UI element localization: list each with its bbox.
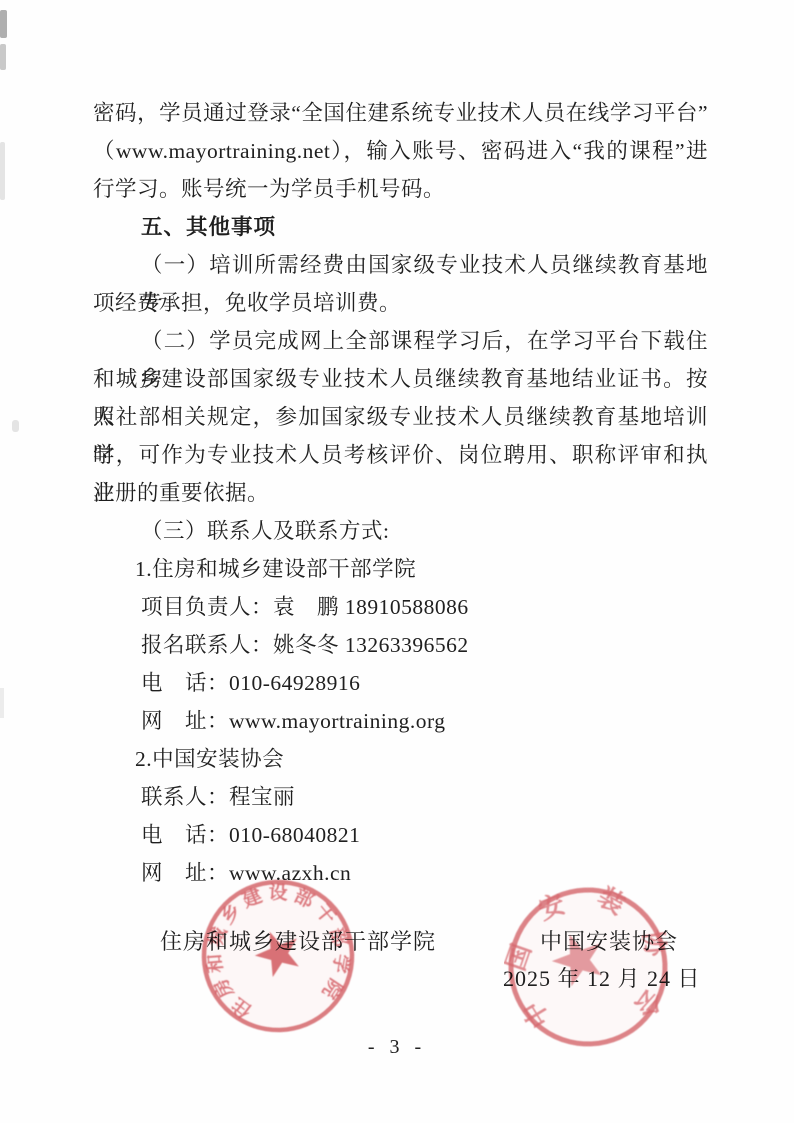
paragraph-line: （二）学员完成网上全部课程学习后，在学习平台下载住房 — [93, 322, 708, 360]
paragraph-line: 注册的重要依据。 — [93, 474, 708, 512]
contact-phone: 电 话：010-64928916 — [93, 664, 708, 702]
signature-org-left: 住房和城乡建设部干部学院 — [160, 931, 436, 953]
document-page: 密码，学员通过登录“全国住建系统专业技术人员在线学习平台” （www.mayor… — [0, 0, 794, 1123]
official-seal-left: 住房和城乡建设部干部学院 — [196, 876, 360, 1036]
contacts-heading: （三）联系人及联系方式: — [93, 512, 708, 550]
contact-website: 网 址：www.azxh.cn — [93, 854, 708, 892]
section-heading: 五、其他事项 — [93, 208, 708, 246]
paragraph-line: 密码，学员通过登录“全国住建系统专业技术人员在线学习平台” — [93, 94, 708, 132]
paragraph-line: 和城乡建设部国家级专业技术人员继续教育基地结业证书。按照 — [93, 360, 708, 398]
seal-ring-text: 住房和城乡建设部干部学院 — [196, 876, 360, 1032]
contact-person: 报名联系人：姚冬冬 13263396562 — [93, 626, 708, 664]
contact-org-1: 1.住房和城乡建设部干部学院 — [93, 550, 708, 588]
paragraph-line: 时，可作为专业技术人员考核评价、岗位聘用、职称评审和执业 — [93, 436, 708, 474]
paragraph-line: （一）培训所需经费由国家级专业技术人员继续教育基地专 — [93, 246, 708, 284]
scan-artifact — [0, 688, 4, 718]
svg-text:住房和城乡建设部干部学院: 住房和城乡建设部干部学院 — [196, 876, 360, 1032]
page-number: - 3 - — [0, 1036, 794, 1059]
contact-org-2: 2.中国安装协会 — [93, 740, 708, 778]
contact-phone: 电 话：010-68040821 — [93, 816, 708, 854]
paragraph-line: 项经费承担，免收学员培训费。 — [93, 284, 708, 322]
scan-artifact — [12, 420, 19, 432]
scan-artifact — [0, 142, 5, 200]
contact-website: 网 址：www.mayortraining.org — [93, 702, 708, 740]
paragraph-line: 人社部相关规定，参加国家级专业技术人员继续教育基地培训学 — [93, 398, 708, 436]
scan-artifact — [0, 10, 7, 38]
contact-person: 联系人：程宝丽 — [93, 778, 708, 816]
paragraph-line: （www.mayortraining.net），输入账号、密码进入“我的课程”进 — [93, 132, 708, 170]
body-text: 密码，学员通过登录“全国住建系统专业技术人员在线学习平台” （www.mayor… — [93, 94, 708, 892]
scan-artifact — [0, 44, 6, 70]
signature-org-right: 中国安装协会 — [540, 931, 678, 953]
signature-date: 2025 年 12 月 24 日 — [503, 968, 701, 990]
paragraph-line: 行学习。账号统一为学员手机号码。 — [93, 170, 708, 208]
contact-person: 项目负责人：袁 鹏 18910588086 — [93, 588, 708, 626]
